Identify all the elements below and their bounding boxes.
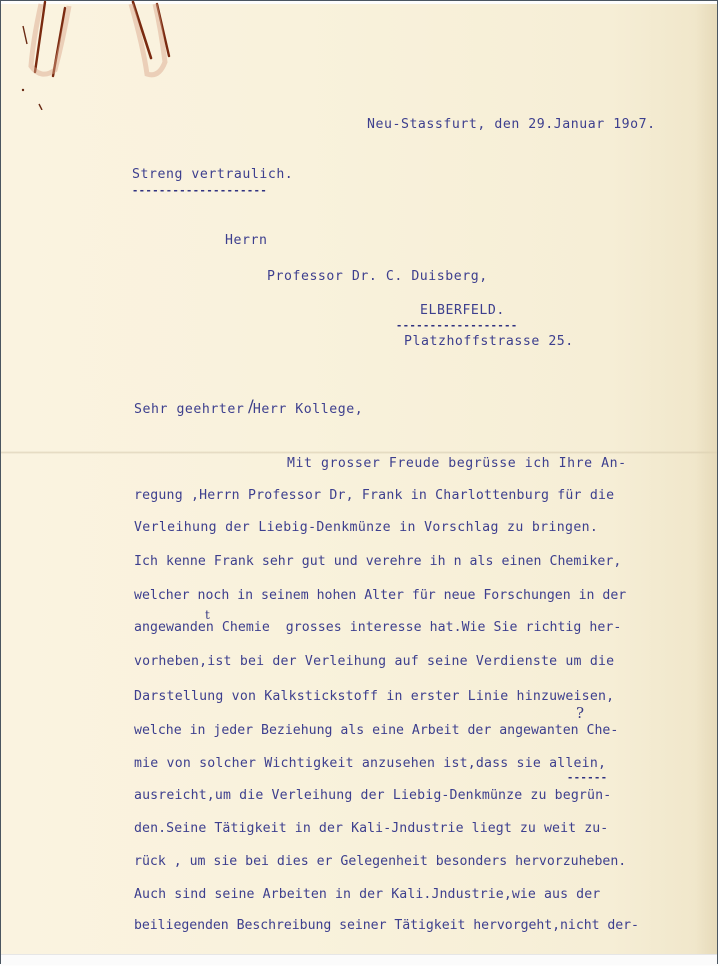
- rust-stain-right-icon: [125, 0, 185, 90]
- body-line: rück , um sie bei dies er Gelegenheit be…: [134, 854, 626, 870]
- recipient-city: ELBERFELD.: [420, 303, 505, 319]
- recipient-street: Platzhoffstrasse 25.: [404, 334, 574, 350]
- question-mark-icon: ?: [576, 704, 584, 722]
- body-line: vorheben,ist bei der Verleihung auf sein…: [134, 654, 614, 670]
- paper-fold-line: [1, 451, 717, 454]
- confidential-underline: --------------------: [132, 183, 267, 199]
- body-line: Ich kenne Frank sehr gut und verehre ih …: [134, 554, 621, 570]
- body-line: beiliegenden Beschreibung seiner Tätigke…: [134, 918, 639, 934]
- body-line: Mit grosser Freude begrüsse ich Ihre An-: [287, 456, 627, 472]
- place-date: Neu-Stassfurt, den 29.Januar 19o7.: [367, 117, 656, 133]
- paper-edge-shadow: [695, 4, 717, 954]
- confidential-note: Streng vertraulich.: [132, 167, 293, 183]
- body-line: ausreicht,um die Verleihung der Liebig-D…: [134, 788, 611, 804]
- recipient-city-underline: ------------------: [396, 318, 518, 334]
- body-line: Darstellung von Kalkstickstoff in erster…: [134, 689, 614, 705]
- recipient-name: Professor Dr. C. Duisberg,: [267, 269, 488, 285]
- body-line: regung ,Herrn Professor Dr, Frank in Cha…: [134, 488, 614, 504]
- allein-underline: ------: [567, 770, 608, 786]
- body-line: Auch sind seine Arbeiten in der Kali.Jnd…: [134, 887, 600, 903]
- body-line: den.Seine Tätigkeit in der Kali-Jndustri…: [134, 821, 608, 837]
- insert-mark-icon: t: [205, 608, 210, 622]
- body-line: welcher noch in seinem hohen Alter für n…: [134, 588, 626, 604]
- scan-bottom-margin: [1, 954, 717, 965]
- body-line: mie von solcher Wichtigkeit anzusehen is…: [134, 756, 606, 772]
- strike-mark-icon: /: [248, 397, 254, 417]
- rust-stain-left-icon: [11, 0, 81, 110]
- body-line: Verleihung der Liebig-Denkmünze in Vorsc…: [134, 520, 598, 536]
- body-line: welche in jeder Beziehung als eine Arbei…: [134, 723, 618, 739]
- letter-paper: Neu-Stassfurt, den 29.Januar 19o7. Stren…: [1, 4, 717, 954]
- recipient-salutation: Herrn: [225, 233, 267, 249]
- body-line: angewanden Chemie grosses interesse hat.…: [134, 620, 621, 636]
